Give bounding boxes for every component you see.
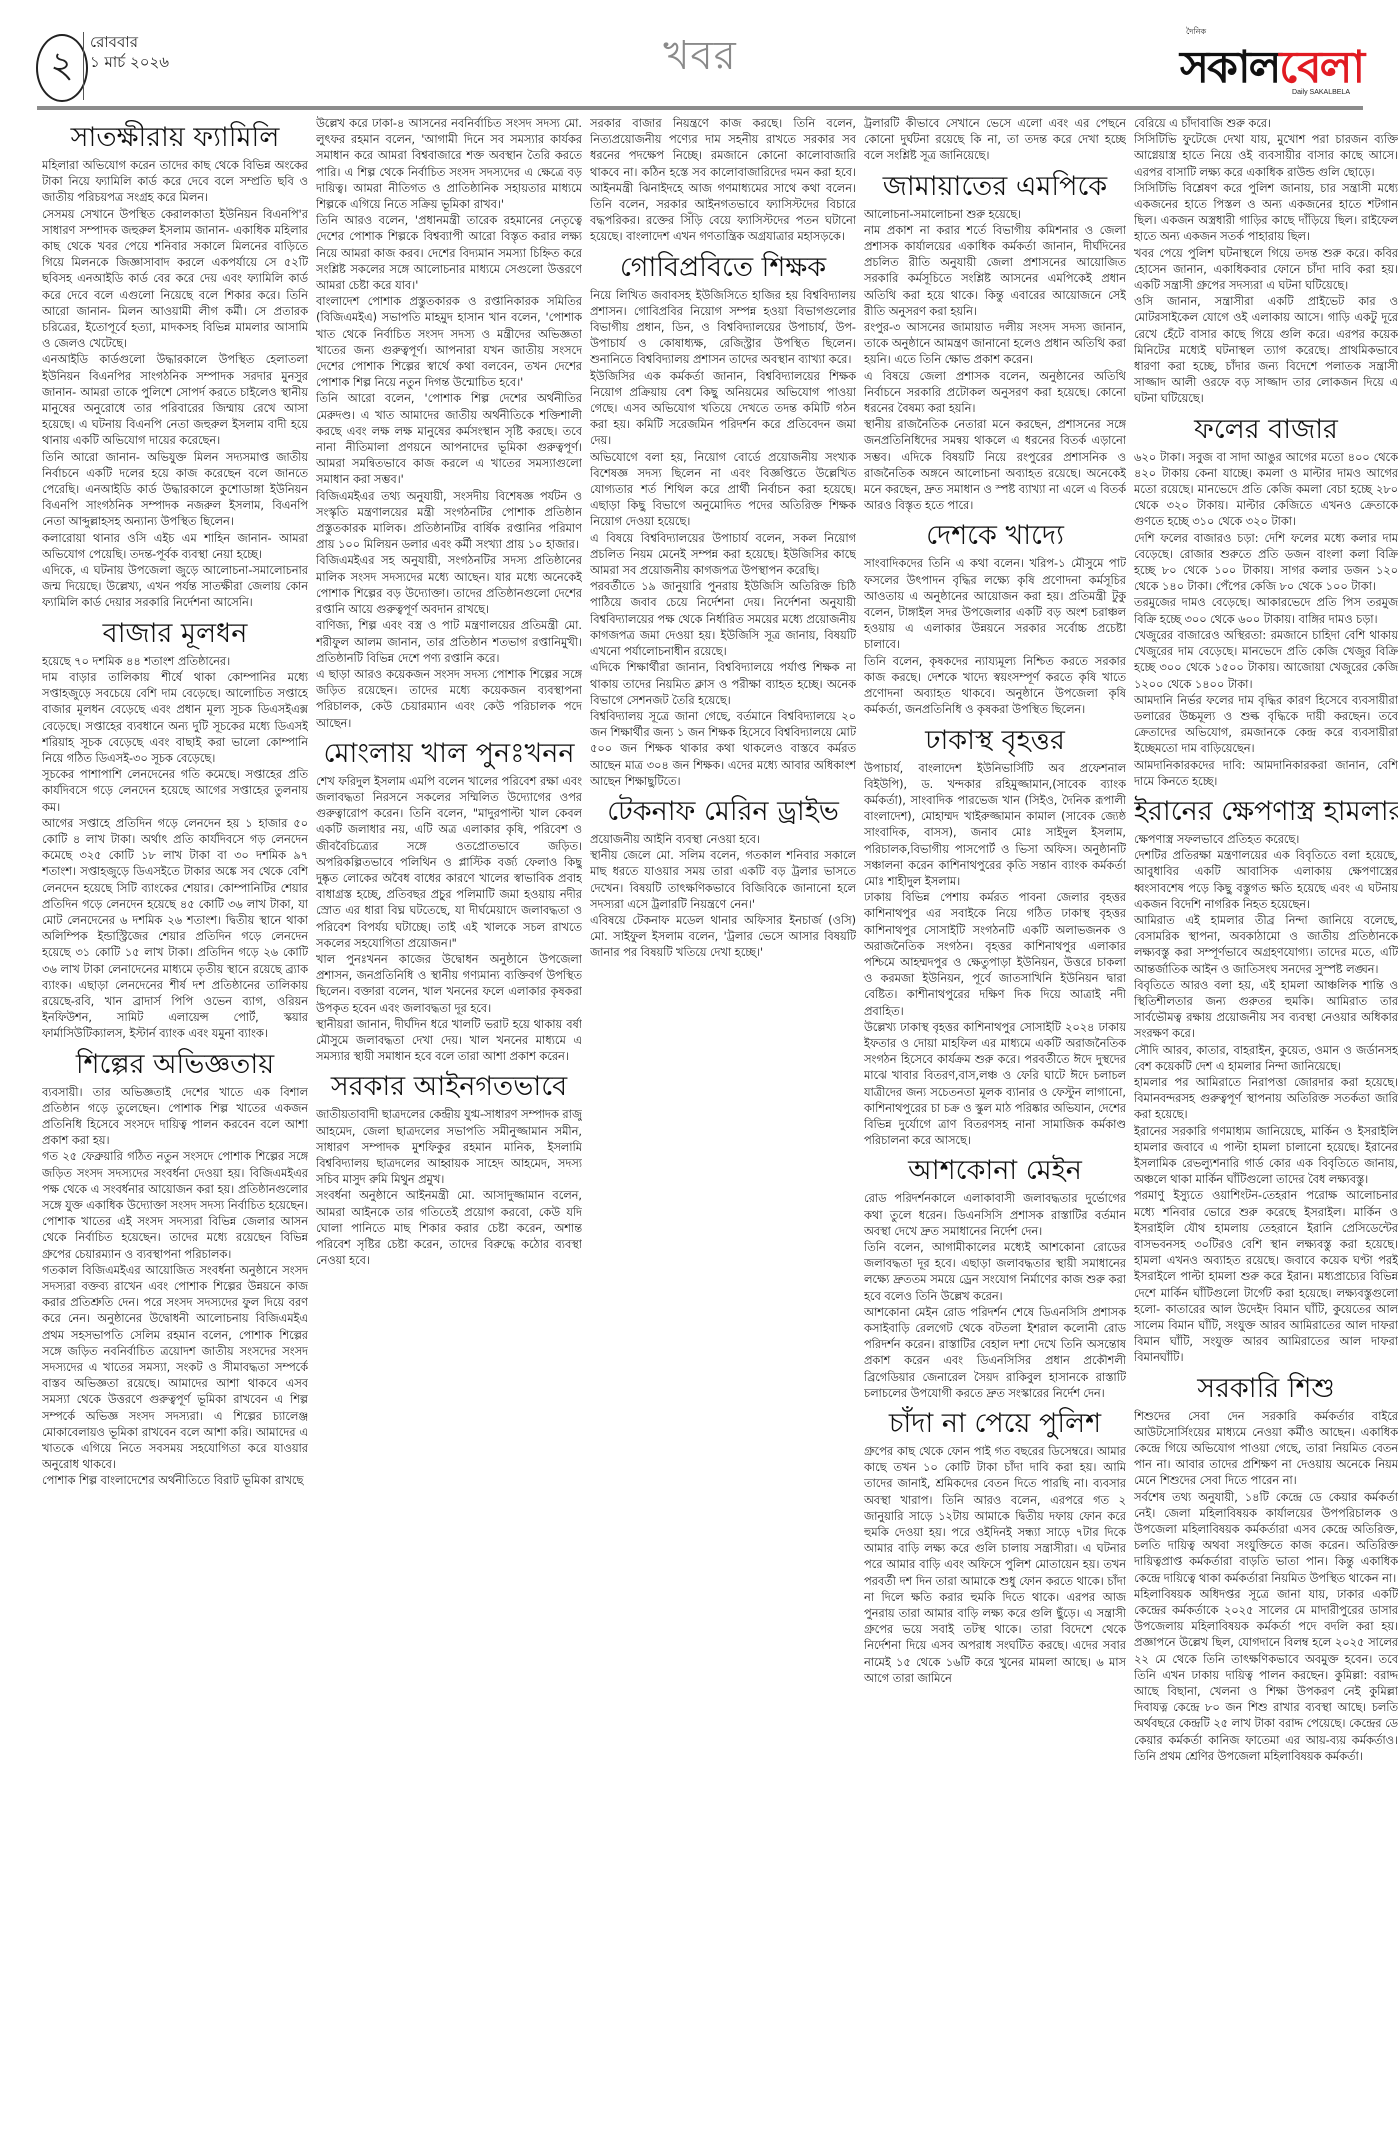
story-paragraph: স্থানীয় রাজনৈতিক নেতারা মনে করছেন, প্রশ… (864, 417, 1126, 514)
story-headline[interactable]: সরকার আইনগতভাবে (316, 1069, 582, 1105)
story-paragraph: এ ছাড়া আরও কয়েকজন সংসদ সদস্য পোশাক শিল… (316, 667, 582, 732)
story-paragraph: ক্ষেপণাস্ত্র সফলভাবে প্রতিহত করেছে। (1134, 832, 1398, 848)
news-story: জামায়াতের এমপিকেআলোচনা-সমালোচনা শুরু হয… (864, 169, 1126, 515)
story-paragraph: বেরিয়ে এ চাঁদাবাজি শুরু করে। (1134, 116, 1398, 132)
masthead-rule (37, 106, 1363, 110)
page-number: ২ (50, 38, 73, 98)
story-paragraph: বাণিজ্য, শিল্প এবং বস্ত্র ও পাট মন্ত্রণা… (316, 618, 582, 667)
story-paragraph: হামলার পর আমিরাতে নিরাপত্তা জোরদার করা হ… (1134, 1075, 1398, 1124)
news-story: বাজার মূলধনহয়েছে ৭০ দশমিক ৪৪ শতাংশ প্রত… (42, 616, 308, 1043)
story-headline[interactable]: চাঁদা না পেয়ে পুলিশ (864, 1406, 1126, 1442)
news-story: সরকার আইনগতভাবেজাতীয়তাবাদী ছাত্রদলের কে… (316, 1069, 582, 1269)
story-paragraph: পরবর্তীতে ১৯ জানুয়ারি পুনরায় ইউজিসি অত… (590, 579, 856, 660)
story-paragraph: শিশুদের সেবা দেন সরকারি কর্মকর্তার বাইরে… (1134, 1409, 1398, 1490)
logo-word-red: বেলা (1279, 42, 1363, 93)
weekday: রোববার (90, 32, 169, 52)
story-paragraph: কলারোয়া থানার ওসি এইচ এম শাহিন জানান- আ… (42, 531, 308, 563)
logo-english: Daily SAKALBELA (1292, 89, 1350, 96)
story-paragraph: সরকার বাজার নিয়ন্ত্রণে কাজ করছে। তিনি ব… (590, 116, 856, 246)
story-paragraph: সংবর্ধনা অনুষ্ঠানে আইনমন্ত্রী মো. আসাদুজ… (316, 1188, 582, 1269)
story-headline[interactable]: ফলের বাজার (1134, 412, 1398, 448)
news-story: আশকোনা মেইনরোড পরিদর্শনকালে এলাকাবাসী জল… (864, 1153, 1126, 1402)
story-paragraph: এবিষয়ে টেকনাফ মডেল থানার অফিসার ইনচার্জ… (590, 913, 856, 962)
story-paragraph: তিনি বলেন, আগামীকালের মধ্যেই আশকোনা রোডে… (864, 1240, 1126, 1305)
news-story: মোংলায় খাল পুনঃখননশেখ ফরিদুল ইসলাম এমপি… (316, 736, 582, 1066)
story-paragraph: সিসিটিভি ফুটেজে দেখা যায়, মুখোশ পরা চার… (1134, 132, 1398, 181)
story-paragraph: এদিকে শিক্ষার্থীরা জানান, বিশ্ববিদ্যালয়… (590, 660, 856, 709)
story-paragraph: শেখ ফরিদুল ইসলাম এমপি বলেন খালের পরিবেশ … (316, 774, 582, 952)
story-paragraph: আমদানিকারকদের দাবি: আমদানিকারকরা জানান, … (1134, 758, 1398, 790)
news-story: শিল্পের অভিজ্ঞতায়ব্যবসায়ী। তার অভিজ্ঞত… (42, 1047, 308, 1490)
story-paragraph: ৬২০ টাকা। সবুজ বা সাদা আঙুর আগের মতো ৪০০… (1134, 450, 1398, 531)
story-headline[interactable]: সাতক্ষীরায় ফ্যামিলি (42, 120, 308, 156)
column-2: উল্লেখ করে ঢাকা-৪ আসনের নবনির্বাচিত সংসদ… (316, 116, 582, 2126)
story-paragraph: সিসিটিভি বিশ্লেষণ করে পুলিশ জানায়, চার … (1134, 181, 1398, 246)
story-paragraph: বিজিএমইএর তথ্য অনুযায়ী, সংসদীয় বিশেষজ্… (316, 489, 582, 554)
news-story: সরকার বাজার নিয়ন্ত্রণে কাজ করছে। তিনি ব… (590, 116, 856, 246)
story-paragraph: ঢাকায় বিভিন্ন পেশায় কর্মরত পাবনা জেলার… (864, 890, 1126, 1020)
story-paragraph: ওসি জানান, সন্ত্রাসীরা একটি প্রাইভেট কার… (1134, 294, 1398, 407)
story-paragraph: তিনি আরো জানান- অভিযুক্ত মিলন সদ্যসমাপ্ত… (42, 450, 308, 531)
story-paragraph: রোড পরিদর্শনকালে এলাকাবাসী জলাবদ্ধতার দু… (864, 1191, 1126, 1240)
date: ১ মার্চ ২০২৬ (90, 52, 169, 72)
story-paragraph: সাংবাদিকদের তিনি এ কথা বলেন। খরিপ-১ মৌসু… (864, 556, 1126, 653)
story-paragraph: এদিকে, এ ঘটনায় উপজেলা জুড়ে আলোচনা-সমাল… (42, 563, 308, 612)
logo-wordmark: সকালবেলা (1180, 34, 1363, 107)
story-headline[interactable]: টেকনাফ মেরিন ড্রাইভ (590, 794, 856, 830)
story-paragraph: ইউজিসির এক কর্মকর্তা জানান, বিশ্ববিদ্যাল… (590, 369, 856, 450)
news-story: ইরানের ক্ষেপণাস্ত্র হামলারক্ষেপণাস্ত্র স… (1134, 794, 1398, 1367)
story-paragraph: খবর পেয়ে পুলিশ ঘটনাস্থলে গিয়ে তদন্ত শু… (1134, 246, 1398, 295)
news-story: সরকারি শিশুশিশুদের সেবা দেন সরকারি কর্মক… (1134, 1371, 1398, 1765)
news-story: ফলের বাজার৬২০ টাকা। সবুজ বা সাদা আঙুর আগ… (1134, 412, 1398, 790)
news-story: উল্লেখ করে ঢাকা-৪ আসনের নবনির্বাচিত সংসদ… (316, 116, 582, 732)
story-paragraph: তিনি আরও বলেন, 'প্রধানমন্ত্রী তারেক রহমা… (316, 213, 582, 294)
story-paragraph: আমিরাত এই হামলার তীব্র নিন্দা জানিয়ে বল… (1134, 913, 1398, 978)
story-paragraph: হয়েছে ৭০ দশমিক ৪৪ শতাংশ প্রতিষ্ঠানের। (42, 654, 308, 670)
story-headline[interactable]: সরকারি শিশু (1134, 1371, 1398, 1407)
story-headline[interactable]: দেশকে খাদ্যে (864, 518, 1126, 554)
page-number-badge: ২ (36, 34, 88, 102)
news-story: টেকনাফ মেরিন ড্রাইভপ্রয়োজনীয় আইনি ব্যব… (590, 794, 856, 962)
story-paragraph: তিনি আরো বলেন, 'পোশাক শিল্প দেশের অর্থনী… (316, 391, 582, 488)
story-headline[interactable]: ঢাকাস্থ বৃহত্তর (864, 723, 1126, 759)
story-paragraph: গতকাল বিজিএমইএর আয়োজিত সংবর্ধনা অনুষ্ঠা… (42, 1263, 308, 1474)
news-story: দেশকে খাদ্যেসাংবাদিকদের তিনি এ কথা বলেন।… (864, 518, 1126, 718)
story-headline[interactable]: মোংলায় খাল পুনঃখনন (316, 736, 582, 772)
news-story: গোবিপ্রবিতে শিক্ষকনিয়ে লিখিত জবাবসহ ইউজ… (590, 250, 856, 790)
story-paragraph: উল্লেখ্য ঢাকাস্থ বৃহত্তর কাশিনাথপুর সোসা… (864, 1020, 1126, 1150)
story-paragraph: নাম প্রকাশ না করার শর্তে বিভাগীয় কমিশনা… (864, 223, 1126, 320)
story-paragraph: সূচকের পাশাপাশি লেনদেনের গতি কমেছে। সপ্ত… (42, 767, 308, 816)
story-paragraph: গত ২৫ ফেব্রুয়ারি গঠিত নতুন সংসদে পোশাক … (42, 1149, 308, 1214)
story-paragraph: সর্বশেষ তথ্য অনুযায়ী, ১৪টি কেন্দ্রে ডে … (1134, 1490, 1398, 1587)
story-headline[interactable]: গোবিপ্রবিতে শিক্ষক (590, 250, 856, 286)
story-headline[interactable]: বাজার মূলধন (42, 616, 308, 652)
newspaper-logo: দৈনিক সকালবেলা Daily SAKALBELA (1180, 28, 1350, 98)
news-story: চাঁদা না পেয়ে পুলিশগ্রুপের কাছ থেকে ফোন… (864, 1406, 1126, 1687)
story-paragraph: মহিলাবিষয়ক অধিদপ্তর সূত্রে জানা যায়, ঢ… (1134, 1587, 1398, 1765)
story-paragraph: অভিযোগে বলা হয়, নিয়োগ বোর্ডে প্রয়োজনী… (590, 450, 856, 531)
story-paragraph: পোশাক শিল্প বাংলাদেশের অর্থনীতিতে বিরাট … (42, 1473, 308, 1489)
column-4: ট্রলারটি কীভাবে সেখানে ভেসে এলো এবং এর প… (864, 116, 1126, 2126)
story-paragraph: এ বিষয়ে বিশ্ববিদ্যালয়ের উপাচার্য বলেন,… (590, 531, 856, 580)
story-paragraph: দাম বাড়ার তালিকায় শীর্ষে থাকা কোম্পানি… (42, 670, 308, 767)
news-story: ঢাকাস্থ বৃহত্তরউপাচার্য, বাংলাদেশ ইউনিভা… (864, 723, 1126, 1150)
story-paragraph: ব্যবসায়ী। তার অভিজ্ঞতাই দেশের খাতে এক ব… (42, 1085, 308, 1150)
section-title: খবর (600, 24, 800, 91)
news-story: ট্রলারটি কীভাবে সেখানে ভেসে এলো এবং এর প… (864, 116, 1126, 165)
story-paragraph: উল্লেখ করে ঢাকা-৪ আসনের নবনির্বাচিত সংসদ… (316, 116, 582, 213)
story-paragraph: এ বিষয়ে জেলা প্রশাসক বলেন, অনুষ্ঠানের অ… (864, 369, 1126, 418)
story-paragraph: পোশাক খাতের এই সংসদ সদস্যরা বিভিন্ন জেলা… (42, 1214, 308, 1263)
news-story: সাতক্ষীরায় ফ্যামিলিমহিলারা অভিযোগ করেন … (42, 120, 308, 612)
story-paragraph: নিয়ে লিখিত জবাবসহ ইউজিসিতে হাজির হয় বি… (590, 288, 856, 369)
story-paragraph: বিজিএমইএর সহ অনুযায়ী, সংগঠনটির সদস্য প্… (316, 553, 582, 618)
story-paragraph: আশকোনা মেইন রোড পরিদর্শন শেষে ডিএনসিসি প… (864, 1305, 1126, 1402)
story-paragraph: বিবৃতিতে আরও বলা হয়, এই হামলা আঞ্চলিক শ… (1134, 978, 1398, 1043)
story-headline[interactable]: জামায়াতের এমপিকে (864, 169, 1126, 205)
story-paragraph: উপাচার্য, বাংলাদেশ ইউনিভার্সিটি অব প্রফে… (864, 761, 1126, 891)
story-paragraph: জাতীয়তাবাদী ছাত্রদলের কেন্দ্রীয় যুগ্ম-… (316, 1107, 582, 1188)
masthead: ২ রোববার ১ মার্চ ২০২৬ খবর দৈনিক সকালবেলা… (0, 0, 1400, 112)
logo-word-black: সকাল (1180, 42, 1279, 93)
story-paragraph: আগের সপ্তাহে প্রতিদিন গড়ে লেনদেন হয় ১ … (42, 816, 308, 1043)
story-paragraph: ট্রলারটি কীভাবে সেখানে ভেসে এলো এবং এর প… (864, 116, 1126, 165)
story-paragraph: আলোচনা-সমালোচনা শুরু হয়েছে। (864, 207, 1126, 223)
dateline: রোববার ১ মার্চ ২০২৬ (83, 32, 169, 100)
story-paragraph: সৌদি আরব, কাতার, বাহরাইন, কুয়েত, ওমান ও… (1134, 1043, 1398, 1075)
story-paragraph: মহিলারা অভিযোগ করেন তাদের কাছ থেকে বিভিন… (42, 158, 308, 207)
story-paragraph: সেসময় সেখানে উপস্থিত কেরালকাতা ইউনিয়ন … (42, 207, 308, 353)
story-paragraph: বাংলাদেশ পোশাক প্রস্তুতকারক ও রপ্তানিকার… (316, 294, 582, 391)
story-paragraph: দেশটির প্রতিরক্ষা মন্ত্রণালয়ের এক বিবৃত… (1134, 848, 1398, 913)
story-paragraph: আমদানি নির্ভর ফলের দাম বৃদ্ধির কারণ হিসে… (1134, 693, 1398, 758)
story-paragraph: তরমুজের দামও বেড়েছে। আকারভেদে প্রতি পিস… (1134, 595, 1398, 627)
story-paragraph: খাল পুনঃখনন কাজের উদ্বোধন অনুষ্ঠানে উপজে… (316, 952, 582, 1017)
story-headline[interactable]: ইরানের ক্ষেপণাস্ত্র হামলার (1134, 794, 1398, 830)
column-3: সরকার বাজার নিয়ন্ত্রণে কাজ করছে। তিনি ব… (590, 116, 856, 2126)
story-headline[interactable]: আশকোনা মেইন (864, 1153, 1126, 1189)
story-paragraph: দেশি ফলের বাজারও চড়া: দেশি ফলের মধ্যে ক… (1134, 531, 1398, 596)
story-paragraph: রংপুর-৩ আসনের জামায়াত দলীয় সংসদ সদস্য … (864, 320, 1126, 369)
story-paragraph: বিশ্ববিদ্যালয় সূত্রে জানা গেছে, বর্তমান… (590, 709, 856, 790)
story-paragraph: ইরানের সরকারি গণমাধ্যম জানিয়েছে, মার্কি… (1134, 1124, 1398, 1189)
story-headline[interactable]: শিল্পের অভিজ্ঞতায় (42, 1047, 308, 1083)
story-paragraph: খেজুরের বাজারেও অস্থিরতা: রমজানে চাহিদা … (1134, 628, 1398, 693)
story-paragraph: স্থানীয় জেলে মো. সলিম বলেন, গতকাল শনিবা… (590, 848, 856, 913)
news-story: বেরিয়ে এ চাঁদাবাজি শুরু করে।সিসিটিভি ফু… (1134, 116, 1398, 408)
story-paragraph: তিনি বলেন, কৃষকদের ন্যায্যমূল্য নিশ্চিত … (864, 654, 1126, 719)
story-paragraph: পরমাণু ইস্যুতে ওয়াশিংটন-তেহরান পরোক্ষ আ… (1134, 1188, 1398, 1366)
story-paragraph: এনআইডি কার্ডগুলো উদ্ধারকালে উপস্থিত হেলা… (42, 352, 308, 449)
story-paragraph: প্রয়োজনীয় আইনি ব্যবস্থা নেওয়া হবে। (590, 832, 856, 848)
story-paragraph: গ্রুপের কাছ থেকে ফোন পাই গত বছরের ডিসেম্… (864, 1444, 1126, 1687)
column-5: বেরিয়ে এ চাঁদাবাজি শুরু করে।সিসিটিভি ফু… (1134, 116, 1398, 2126)
column-1: সাতক্ষীরায় ফ্যামিলিমহিলারা অভিযোগ করেন … (42, 116, 308, 2126)
story-paragraph: স্থানীয়রা জানান, দীর্ঘদিন ধরে খালটি ভরা… (316, 1017, 582, 1066)
